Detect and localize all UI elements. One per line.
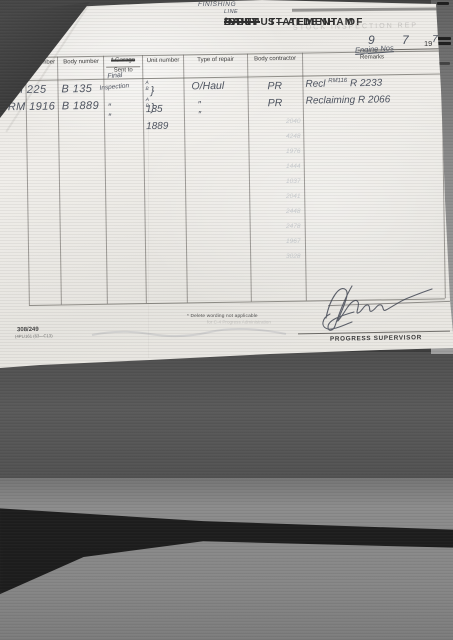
background-middle-band [0, 352, 453, 480]
cell-repair-ditto: ″ ″ [198, 99, 202, 119]
underlying-sheet-edge [292, 7, 452, 11]
col-header-body-number: Body number [59, 59, 103, 66]
col-header-remarks: Remarks [303, 53, 441, 62]
edge-mark [437, 2, 449, 5]
unit-prefix-a: A [145, 82, 148, 86]
handwritten-insert-finishing: FINISHING [198, 1, 236, 8]
cell-sent-to: Inspection [99, 82, 129, 92]
unit-brace: } [150, 85, 154, 97]
unit-prefix-b: B [146, 105, 149, 109]
cell-body-number: B 135 [61, 83, 92, 95]
cell-remarks: Recl RM116 R 2233 [305, 77, 382, 90]
column-rule [247, 53, 252, 301]
remark-word: Reclaiming [306, 95, 356, 107]
column-rule [183, 55, 188, 303]
cell-type-of-repair: O/Haul [191, 80, 224, 93]
footnote-bleedthrough: for C-4 Progress Administration [207, 320, 271, 325]
remark-small-note: RM116 [328, 78, 347, 84]
pencil-smudge [90, 327, 290, 341]
form-code: (4PL/161 (63—C13) [15, 334, 53, 339]
progress-supervisor-label: PROGRESS SUPERVISOR [330, 334, 422, 343]
unit-prefix-a: A [146, 99, 149, 103]
statement-table: number Body number * Garage Sent to Fina… [25, 50, 445, 305]
remark-engine-no: R 2066 [358, 94, 390, 106]
col-header-garage-struck: * Garage [105, 57, 141, 64]
cell-remarks: Reclaiming R 2066 [306, 94, 391, 106]
col-header-type-of-repair: Type of repair [184, 57, 247, 65]
cell-body-contractor: PR [267, 80, 282, 92]
remark-engine-no: R 2233 [350, 78, 382, 90]
cell-unit-number: AB}1889 [146, 98, 169, 134]
scanned-document-photo: DAILY STATEMENT OF *INPUT/OUTPUT—ALDENHA… [0, 0, 453, 640]
col-header-body-contractor: Body contractor [248, 56, 302, 63]
handwritten-engine-nos: Engine Nos [355, 43, 394, 55]
paper-form: DAILY STATEMENT OF *INPUT/OUTPUT—ALDENHA… [0, 0, 453, 372]
unit-value: 1889 [146, 121, 168, 132]
cell-body-contractor: PR [268, 97, 283, 109]
handwritten-insert-line: LINE [224, 9, 238, 15]
remark-word: Recl [305, 79, 325, 90]
date-month: 7 [402, 33, 409, 47]
cell-fleet-number: RM 1916 [8, 101, 56, 114]
column-rule [103, 56, 108, 304]
signature [320, 280, 438, 332]
unit-brace: } [151, 102, 155, 114]
unit-prefix-b: B [145, 88, 148, 92]
cell-body-number: B 1889 [62, 100, 99, 113]
form-number: 308/249 [17, 327, 39, 333]
cell-sent-to-ditto: ″ ″ [108, 102, 112, 122]
delete-wording-footnote: * Delete wording not applicable [187, 313, 258, 318]
col-header-unit-number: Unit number [143, 58, 183, 65]
